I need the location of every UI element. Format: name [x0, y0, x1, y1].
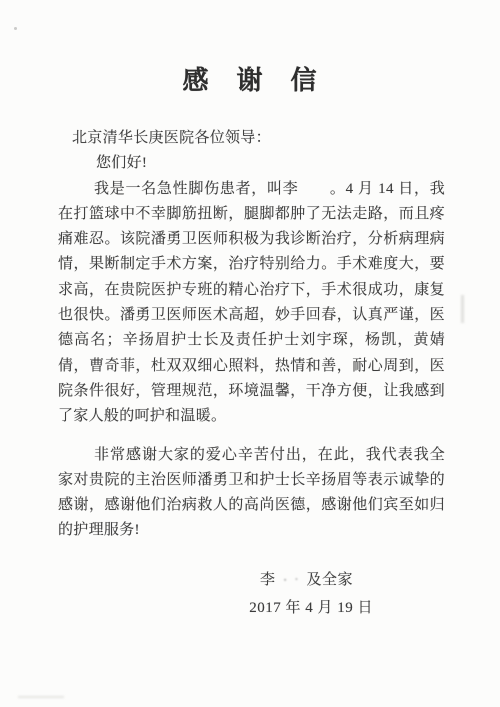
scan-streak — [18, 696, 64, 698]
date-line: 2017 年 4 月 19 日 — [58, 596, 373, 621]
scanned-letter-page: 感 谢 信 北京清华长庚医院各位领导： 您们好! 我是一名急性脚伤患者，叫李 。… — [0, 0, 500, 707]
letter-body: 我是一名急性脚伤患者，叫李 。4 月 14 日，我在打篮球中不幸脚筋扭断，腿脚都… — [58, 177, 445, 544]
greeting: 您们好! — [58, 151, 445, 176]
salutation: 北京清华长庚医院各位领导： — [58, 126, 445, 151]
scan-smudge — [461, 295, 464, 323]
paragraph: 非常感谢大家的爱心辛苦付出，在此，我代表我全家对贵院的主治医师潘勇卫和护士长辛扬… — [58, 443, 445, 544]
signature-name-prefix: 李 — [260, 572, 276, 588]
letter-title: 感 谢 信 — [0, 60, 500, 97]
scan-speck — [14, 27, 17, 30]
letter-content: 北京清华长庚医院各位领导： 您们好! 我是一名急性脚伤患者，叫李 。4 月 14… — [58, 126, 445, 544]
signature-line: 李及全家 — [58, 568, 353, 593]
paragraph: 我是一名急性脚伤患者，叫李 。4 月 14 日，我在打篮球中不幸脚筋扭断，腿脚都… — [58, 177, 445, 430]
signature-name-suffix: 及全家 — [306, 572, 353, 588]
redacted-name-smudge — [277, 573, 304, 584]
